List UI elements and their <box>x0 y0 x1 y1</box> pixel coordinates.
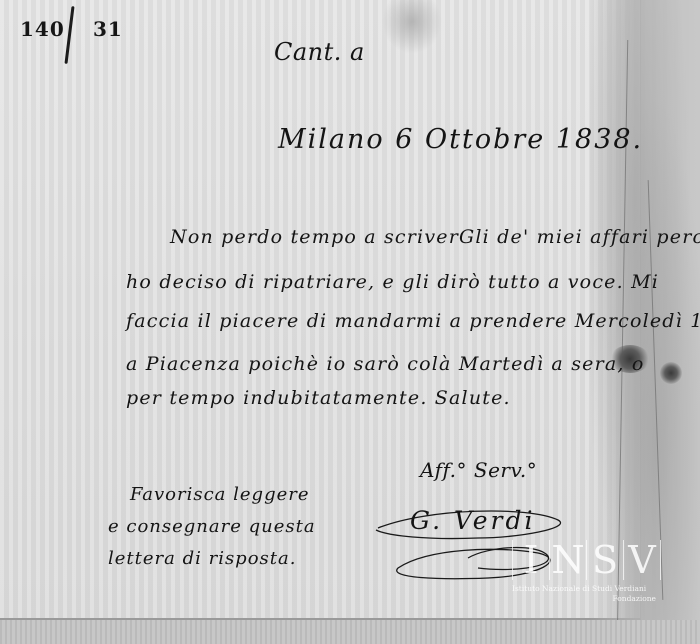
watermark-letter: N <box>549 540 586 580</box>
scan-bottom-edge <box>0 620 700 644</box>
archive-number: 140 31 <box>20 17 65 41</box>
postscript-line: e consegnare questa <box>108 516 316 537</box>
postscript-line: lettera di risposta. <box>108 548 296 569</box>
letter-body-line: a Piacenza poichè io sarò colà Martedì a… <box>126 353 645 375</box>
archive-number-right: 31 <box>93 17 123 41</box>
letter-body-line: per tempo indubitatamente. Salute. <box>126 387 511 409</box>
watermark-letter: I <box>512 540 549 580</box>
postscript-line: Favorisca leggere <box>130 484 310 505</box>
insv-watermark: I N S V Istituto Nazionale di Studi Verd… <box>512 540 662 620</box>
letter-closing: Aff.° Serv.° <box>420 458 537 482</box>
ink-stain <box>660 362 682 384</box>
watermark-letter: S <box>586 540 623 580</box>
watermark-subtitle: Fondazione <box>512 594 662 604</box>
watermark-logo: I N S V <box>512 540 662 580</box>
watermark-institution: Istituto Nazionale di Studi Verdiani <box>512 584 662 594</box>
paper-damage <box>382 0 442 54</box>
letter-body-line: faccia il piacere di mandarmi a prendere… <box>126 310 700 332</box>
letter-heading: Cant. a <box>274 38 365 66</box>
signature: G. Verdi <box>410 506 535 535</box>
document-scan: 140 31 Cant. a Milano 6 Ottobre 1838. No… <box>0 0 700 644</box>
letter-date: Milano 6 Ottobre 1838. <box>278 124 643 155</box>
letter-body-line: Non perdo tempo a scriverGli de' miei af… <box>170 226 700 248</box>
watermark-letter: V <box>623 540 661 580</box>
archive-number-left: 140 <box>20 17 65 41</box>
letter-body-line: ho deciso di ripatriare, e gli dirò tutt… <box>126 271 659 293</box>
